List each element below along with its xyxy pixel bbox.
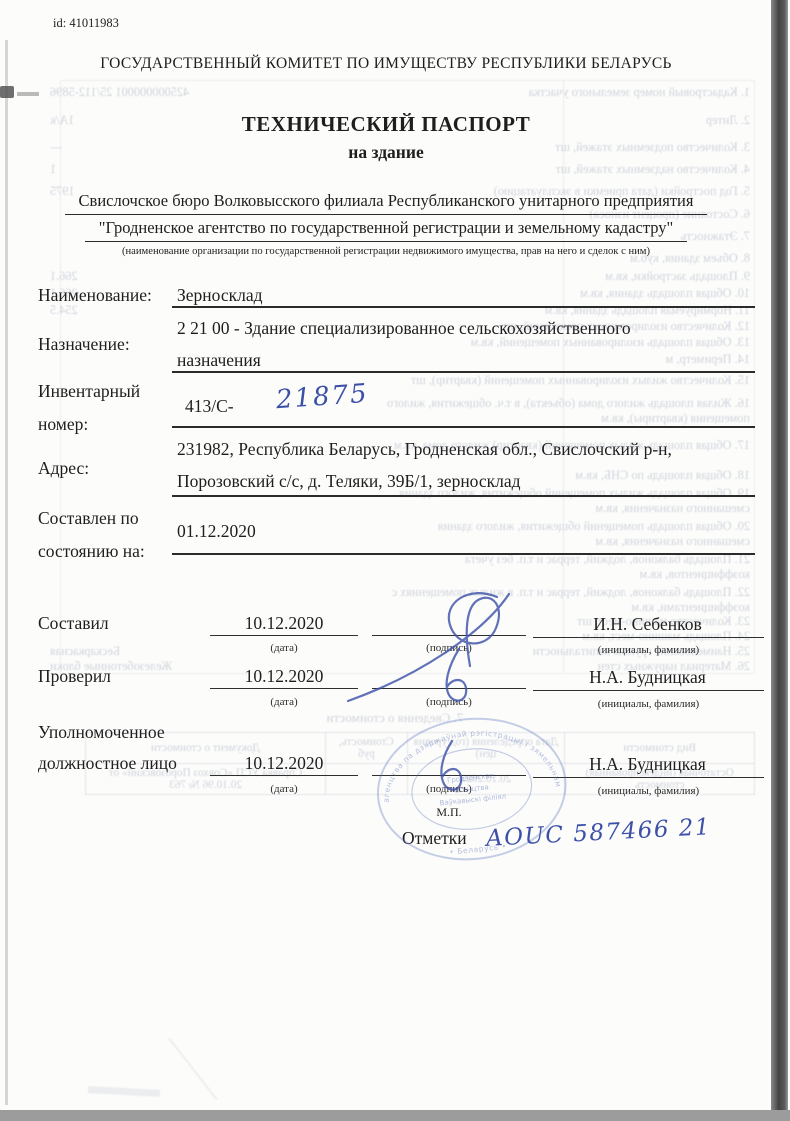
bleedthrough-mark [88,1086,160,1097]
signoff-role-compiler: Составил [38,613,109,633]
stamp-inner-text: агенцтва [454,783,489,795]
bleedthrough-row-value: 425000000001 25/112-5896 [50,85,189,100]
bleedthrough-row-label: 18. Общая площадь по СНБ, кв.м [575,468,750,483]
signoff-line [210,688,358,689]
bleedthrough-row: 14. Периметр, м [50,352,750,367]
field-value-purpose-line1: 2 21 00 - Здание специализированное сель… [177,318,631,338]
signoff-role-official-line1: Уполномоченное [38,722,165,742]
bleedthrough-row-value: 254.5 [50,303,78,318]
bleedthrough-row-label: 22. Площадь балконов, лоджий, террас и т… [392,585,750,600]
bleedthrough-row-label: 15. Количество жилых изолированных помещ… [411,373,750,388]
bleedthrough-row-label: помещения (квартиры), кв.м [601,411,750,426]
bleedthrough-row: смешанного назначения, кв.м [50,501,750,516]
field-value-address-line1: 231982, Республика Беларусь, Гродненская… [177,439,672,459]
bleedthrough-row-label: 20. Общая площадь помещений общежития, ж… [438,519,750,534]
signoff-line [533,637,764,638]
caption-date: (дата) [210,696,358,709]
bleedthrough-row-value: 1 [50,162,56,177]
bleedthrough-row: 10. Общая площадь здания, кв.м 266.1 [50,286,750,301]
bleedthrough-row-label: 4. Количество надземных этажей, шт [555,162,750,177]
bleedthrough-row: помещения (квартиры), кв.м [50,411,750,426]
bleedthrough-row: 22. Площадь балконов, лоджий, террас и т… [50,585,750,600]
bleedthrough-table-outline [60,80,755,674]
bleedthrough-row-value: 266.1 [50,269,78,284]
signoff-line [210,775,358,776]
bleedthrough-row: 16. Жилая площадь жилого дома (объекта),… [50,396,750,411]
field-label-address: Адрес: [38,458,89,478]
signoff-line [372,635,526,636]
bleedthrough-row-value: Бескаркасная [50,644,120,659]
field-underline [172,553,755,555]
signoff-line [533,690,764,691]
field-underline [172,371,755,373]
org-name-line2: "Гродненское агентство по государственно… [0,219,772,242]
scan-artifact [0,86,14,98]
scan-edge-left [5,40,8,1105]
document-id: id: 41011983 [53,16,119,30]
org-name-line1: Свислочское бюро Волковысского филиала Р… [0,192,772,215]
field-underline [172,306,755,308]
field-value-purpose-line2: назначения [177,350,261,370]
bleedthrough-row-label: смешанного назначения, кв.м [595,501,750,516]
scan-artifact [17,92,39,96]
bleedthrough-row: коэффициентов, кв.м [50,567,750,582]
caption-date: (дата) [210,642,358,655]
field-value-name: Зерносклад [177,285,263,305]
stamp-inner-text: Ваўкавыскі філіял [439,792,506,807]
scan-edge-right [771,0,788,1121]
bleedthrough-row-label: 9. Площадь застройки, кв.м [605,269,750,284]
bleedthrough-row: коэффициентами, кв.м [50,600,750,615]
handwritten-inventory-number: 21875 [275,380,370,416]
signoff-role-official-line2: должностное лицо [38,753,177,773]
bleedthrough-row: 4. Количество надземных этажей, шт 1 [50,162,750,177]
org-name-line1-text: Свислочское бюро Волковысского филиала Р… [65,192,708,215]
field-value-address-line2: Порозовский с/с, д. Теляки, 39Б/1, зерно… [177,471,521,491]
field-underline [172,426,755,428]
bleedthrough-row: смешанного назначения, кв.м [50,534,750,549]
field-value-inventory-prefix: 413/С- [185,396,234,416]
signoff-line [372,688,526,689]
bleedthrough-row-label: смешанного назначения, кв.м [595,534,750,549]
signoff-date-checker: 10.12.2020 [210,666,358,686]
scan-edge-bottom [0,1110,790,1121]
bleedthrough-table-divider [563,80,564,672]
caption-date: (дата) [210,783,358,796]
bleedthrough-row-label: коэффициентов, кв.м [640,567,750,582]
caption-signature: (подпись) [372,642,526,655]
signoff-role-checker: Проверил [38,666,111,686]
document-subtitle: на здание [0,142,772,162]
bleedthrough-row: 15. Количество жилых изолированных помещ… [50,373,750,388]
signoff-name-checker: Н.А. Будницкая [533,667,762,687]
caption-initials: (инициалы, фамилия) [533,644,764,657]
bleedthrough-row-label: коэффициентами, кв.м [631,600,750,615]
signoff-date-compiler: 10.12.2020 [210,613,358,633]
field-label-name: Наименование: [38,285,152,305]
document-title: ТЕХНИЧЕСКИЙ ПАСПОРТ [0,112,772,136]
signature-checker [447,649,467,701]
bleedthrough-scratch [168,1038,218,1101]
field-value-asof: 01.12.2020 [177,521,256,541]
field-label-inventory-line1: Инвентарный [38,381,140,401]
round-stamp: агенцтва па дзяржаўнай рэгістрацыі і зям… [364,704,579,879]
bleedthrough-row: 1. Кадастровый номер земельного участка … [50,85,750,100]
signoff-name-compiler: И.Н. Себенков [533,614,762,634]
field-label-purpose: Назначение: [38,334,130,354]
signoff-date-official: 10.12.2020 [210,753,358,773]
bleedthrough-row: 9. Площадь застройки, кв.м 266.1 [50,269,750,284]
bleedthrough-row-label: 16. Жилая площадь жилого дома (объекта),… [387,396,750,411]
bleedthrough-row-label: 14. Периметр, м [666,352,750,367]
bleedthrough-row-label: 10. Общая площадь здания, кв.м [580,286,750,301]
bleedthrough-row: 20. Общая площадь помещений общежития, ж… [50,519,750,534]
field-label-asof-line1: Составлен по [38,508,139,528]
signoff-line [210,635,358,636]
org-caption: (наименование организации по государстве… [0,246,772,258]
committee-heading: ГОСУДАРСТВЕННЫЙ КОМИТЕТ ПО ИМУЩЕСТВУ РЕС… [0,55,772,73]
bleedthrough-row-label: 1. Кадастровый номер земельного участка [529,85,750,100]
caption-signature: (подпись) [372,696,526,709]
org-name-line2-text: "Гродненское агентство по государственно… [85,219,688,242]
field-underline [172,495,755,497]
field-label-asof-line2: состоянию на: [38,541,145,561]
scanned-technical-passport-page: 1. Кадастровый номер земельного участка … [0,0,790,1121]
caption-initials: (инициалы, фамилия) [533,698,764,711]
field-label-inventory-line2: номер: [38,414,88,434]
